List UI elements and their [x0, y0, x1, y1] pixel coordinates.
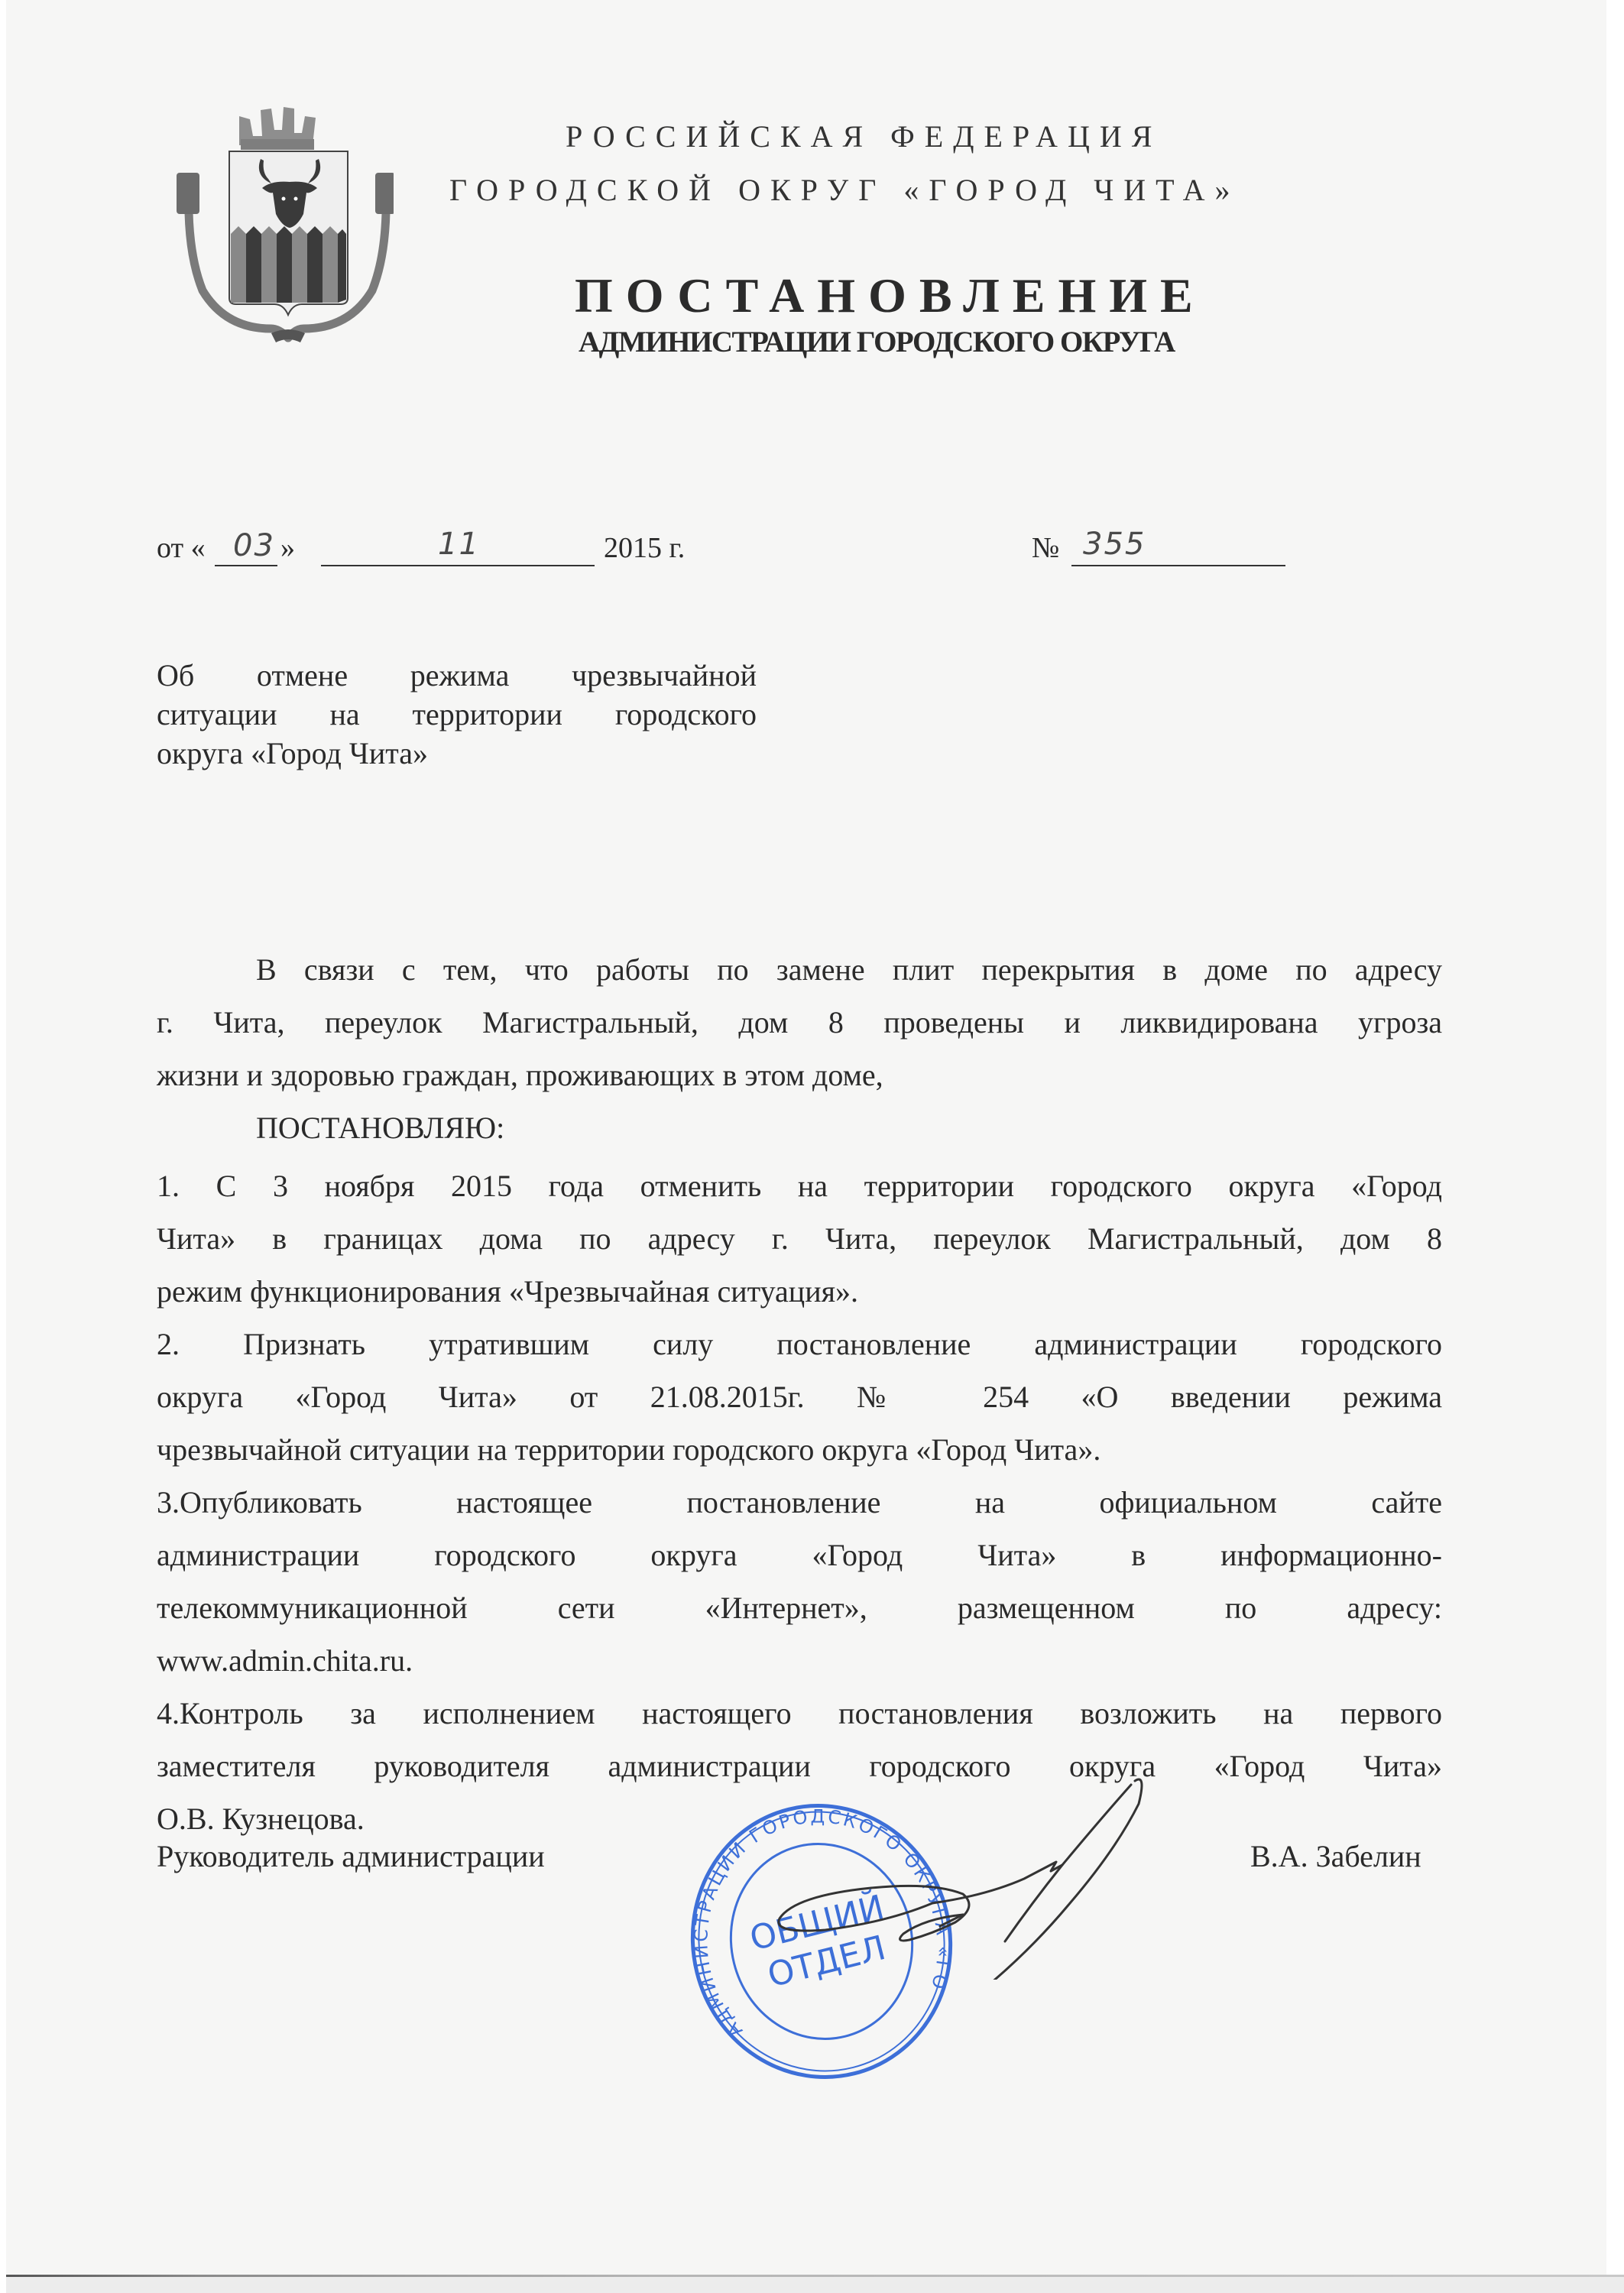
body-line: г. Чита, переулок Магистральный, дом 8 п… [157, 1004, 1442, 1041]
decree-word: ПОСТАНОВЛЯЮ: [157, 1110, 1442, 1146]
signatory-name: В.А. Забелин [1250, 1838, 1421, 1874]
date-day: 03 [233, 528, 275, 563]
website-link[interactable]: www.admin.chita.ru. [157, 1643, 1442, 1679]
decree-item-1: 1. С 3 ноября 2015 года отменить на терр… [157, 1168, 1442, 1310]
document-subject: Об отмене режима чрезвычайной ситуации н… [157, 656, 757, 773]
body-line: Чита» в границах дома по адресу г. Чита,… [157, 1221, 1442, 1257]
body-line: 4.Контроль за исполнением настоящего пос… [157, 1695, 1442, 1732]
handwritten-signature-icon [703, 1750, 1215, 1980]
date-month: 11 [438, 527, 480, 562]
header-country: РОССИЙСКАЯ ФЕДЕРАЦИЯ [566, 118, 1269, 154]
date-prefix: от « [157, 531, 206, 565]
body-line: 2. Признать утратившим силу постановлени… [157, 1326, 1442, 1363]
signatory-position: Руководитель администрации [157, 1838, 545, 1874]
subject-line: округа «Город Чита» [157, 734, 757, 773]
subject-line: ситуации на территории городского [157, 695, 757, 734]
body-line: жизни и здоровью граждан, проживающих в … [157, 1057, 1442, 1094]
date-close-quote: » [280, 531, 295, 565]
coat-of-arms-icon [157, 99, 394, 344]
preamble: В связи с тем, что работы по замене плит… [157, 952, 1442, 1094]
number-label: № [1032, 531, 1059, 565]
body-line: телекоммуникационной сети «Интернет», ра… [157, 1590, 1442, 1627]
subject-line: Об отмене режима чрезвычайной [157, 656, 757, 695]
decree-item-3: 3.Опубликовать настоящее постановление н… [157, 1484, 1442, 1679]
body-line: 1. С 3 ноября 2015 года отменить на терр… [157, 1168, 1442, 1205]
decree-item-2: 2. Признать утратившим силу постановлени… [157, 1326, 1442, 1468]
date-number-line: от « 03 » 11 2015 г. № 355 [157, 531, 1303, 577]
document-type-title: ПОСТАНОВЛЕНИЕ [575, 268, 1263, 324]
document-body: В связи с тем, что работы по замене плит… [157, 952, 1442, 1837]
document-issuer: АДМИНИСТРАЦИИ ГОРОДСКОГО ОКРУГА [579, 325, 1282, 359]
scan-margin [6, 2277, 1624, 2293]
body-line: режим функционирования «Чрезвычайная сит… [157, 1273, 1442, 1310]
header-municipality: ГОРОДСКОЙ ОКРУГ «ГОРОД ЧИТА» [449, 172, 1382, 208]
body-line: 3.Опубликовать настоящее постановление н… [157, 1484, 1442, 1521]
body-line: чрезвычайной ситуации на территории горо… [157, 1432, 1442, 1468]
date-year: 2015 г. [604, 531, 685, 565]
body-line: администрации городского округа «Город Ч… [157, 1537, 1442, 1574]
body-line: округа «Город Чита» от 21.08.2015г. № 25… [157, 1379, 1442, 1416]
document-number: 355 [1083, 527, 1146, 562]
body-line: В связи с тем, что работы по замене плит… [157, 952, 1442, 988]
